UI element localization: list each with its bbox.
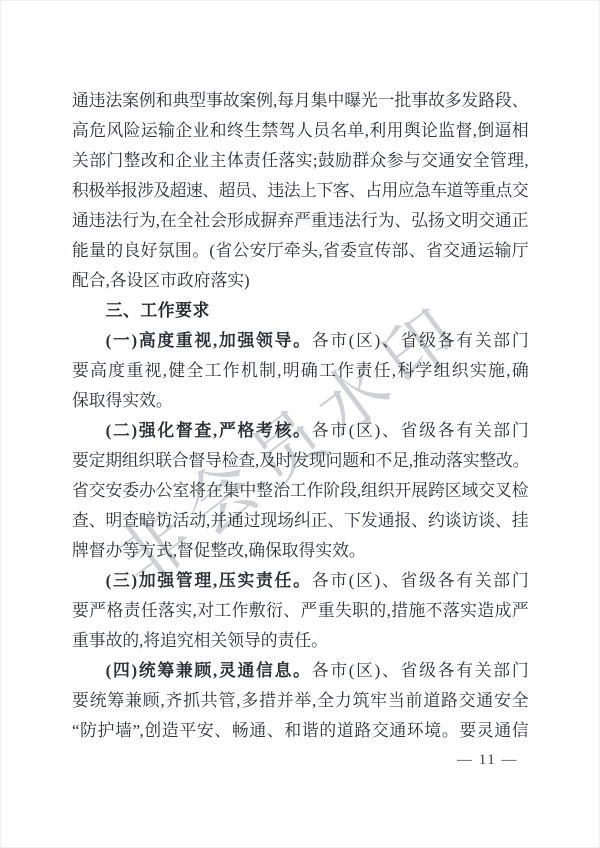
subsection-title: (二)强化督查,严格考核。 — [106, 421, 312, 440]
subsection-line: (三)加强管理,压实责任。各市(区)、省级各有关部门 — [72, 566, 528, 596]
paragraph-line: 通违法案例和典型事故案例,每月集中曝光一批事故多发路段、 — [72, 86, 528, 116]
paragraph-line: 能量的良好氛围。(省公安厅牵头,省委宣传部、省交通运输厅 — [72, 236, 528, 266]
paragraph-text: 各市(区)、省级各有关部门 — [312, 661, 528, 680]
paragraph-line: 关部门整改和企业主体责任落实;鼓励群众参与交通安全管理, — [72, 146, 528, 176]
paragraph-line: 高危风险运输企业和终生禁驾人员名单,利用舆论监督,倒逼相 — [72, 116, 528, 146]
paragraph-line: 要定期组织联合督导检查,及时发现问题和不足,推动落实整改。 — [72, 446, 528, 476]
paragraph-text: 能量的良好氛围。 — [72, 241, 209, 260]
paragraph-line: 要统筹兼顾,齐抓共管,多措并举,全力筑牢当前道路交通安全 — [72, 686, 528, 716]
subsection-title: (四)统筹兼顾,灵通信息。 — [106, 661, 312, 680]
paragraph-line: 要严格责任落实,对工作敷衍、严重失职的,措施不落实造成严 — [72, 596, 528, 626]
responsible-units-note: 配合,各设区市政府落实) — [72, 266, 528, 296]
paragraph-line: 保取得实效。 — [72, 386, 528, 416]
paragraph-line: 通违法行为,在全社会形成摒弃严重违法行为、弘扬文明交通正 — [72, 206, 528, 236]
subsection-line: (一)高度重视,加强领导。各市(区)、省级各有关部门 — [72, 326, 528, 356]
section-heading: 三、工作要求 — [72, 296, 528, 326]
paragraph-text: 各市(区)、省级各有关部门 — [312, 331, 528, 350]
paragraph-line: 牌督办等方式,督促整改,确保取得实效。 — [72, 536, 528, 566]
responsible-units-note: (省公安厅牵头,省委宣传部、省交通运输厅 — [209, 241, 528, 260]
document-page: 非会员水印 通违法案例和典型事故案例,每月集中曝光一批事故多发路段、 高危风险运… — [0, 0, 600, 848]
paragraph-line: 重事故的,将追究相关领导的责任。 — [72, 626, 528, 656]
paragraph-line: 积极举报涉及超速、超员、违法上下客、占用应急车道等重点交 — [72, 176, 528, 206]
paragraph-text: 各市(区)、省级各有关部门 — [312, 421, 528, 440]
subsection-line: (二)强化督查,严格考核。各市(区)、省级各有关部门 — [72, 416, 528, 446]
paragraph-text: 各市(区)、省级各有关部门 — [312, 571, 528, 590]
page-number: — 11 — — [457, 752, 518, 769]
paragraph-line: 省交安委办公室将在集中整治工作阶段,组织开展跨区域交叉检 — [72, 476, 528, 506]
paragraph-line: 要高度重视,健全工作机制,明确工作责任,科学组织实施,确 — [72, 356, 528, 386]
paragraph-line: 查、明查暗访活动,并通过现场纠正、下发通报、约谈访谈、挂 — [72, 506, 528, 536]
subsection-line: (四)统筹兼顾,灵通信息。各市(区)、省级各有关部门 — [72, 656, 528, 686]
document-body: 通违法案例和典型事故案例,每月集中曝光一批事故多发路段、 高危风险运输企业和终生… — [72, 86, 528, 746]
subsection-title: (一)高度重视,加强领导。 — [106, 331, 312, 350]
paragraph-line: “防护墙”,创造平安、畅通、和谐的道路交通环境。要灵通信 — [72, 716, 528, 746]
subsection-title: (三)加强管理,压实责任。 — [106, 571, 312, 590]
